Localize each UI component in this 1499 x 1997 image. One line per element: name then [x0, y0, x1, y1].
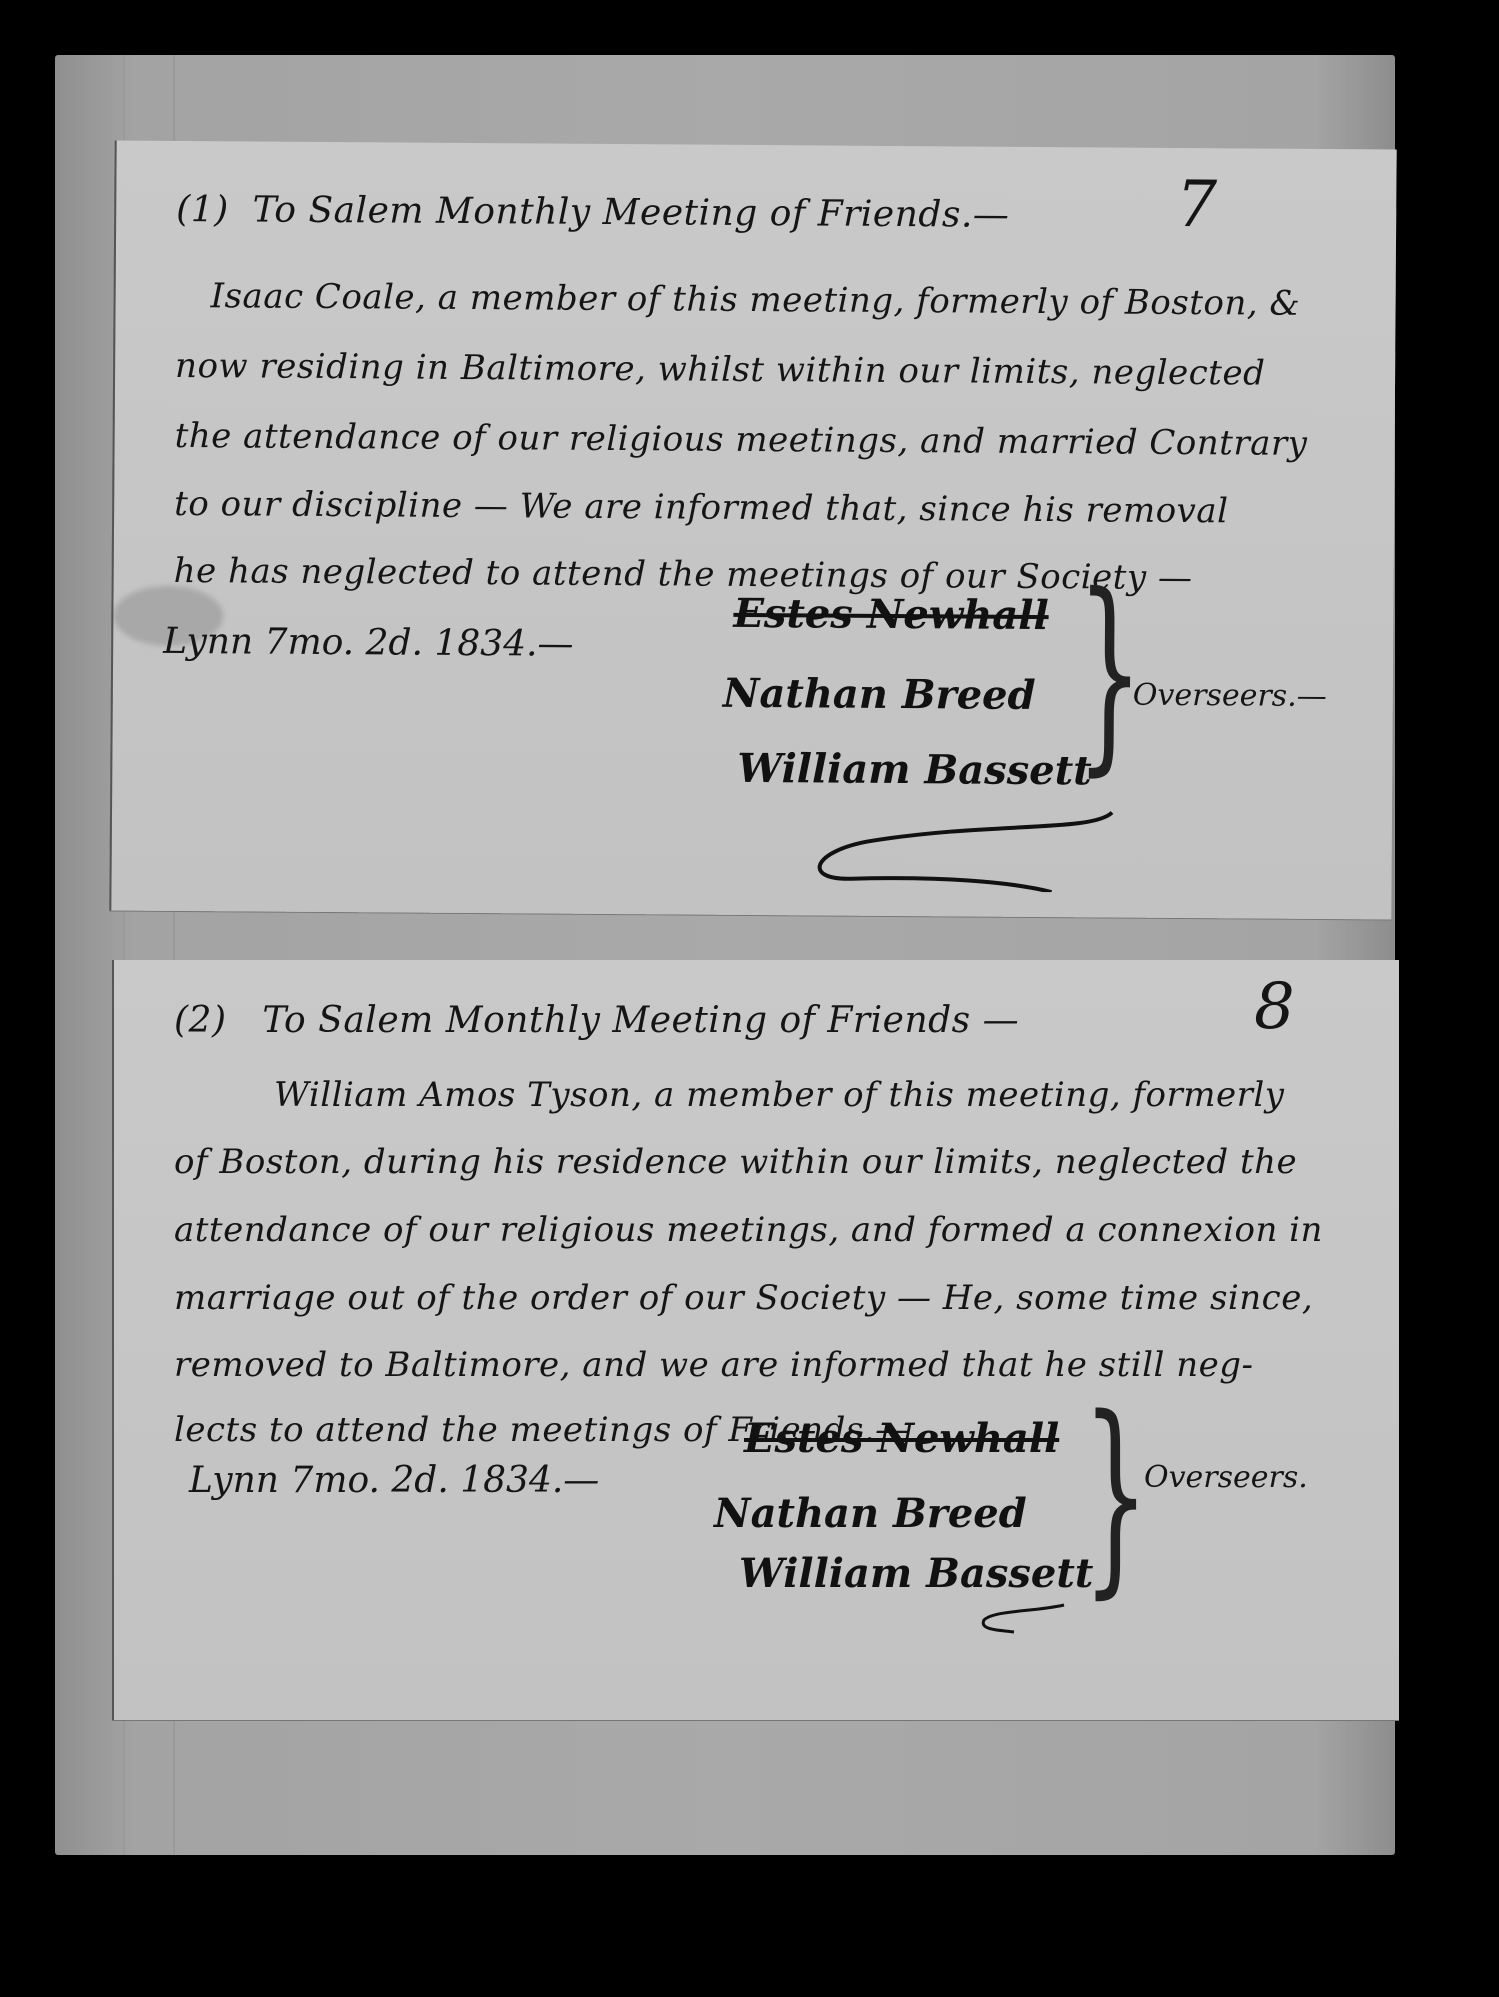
note-number: (2)	[174, 1000, 227, 1041]
folio-number: 8	[1254, 970, 1295, 1044]
body-line: William Amos Tyson, a member of this mee…	[274, 1075, 1359, 1115]
note-2-heading: (2) To Salem Monthly Meeting of Friends …	[174, 1000, 1359, 1041]
body-line: Isaac Coale, a member of this meeting, f…	[210, 276, 1355, 324]
note-1: (1) To Salem Monthly Meeting of Friends.…	[109, 141, 1396, 920]
signature: Estes Newhall	[733, 590, 1049, 639]
role-label: Overseers.—	[1133, 678, 1327, 714]
brace-glyph: }	[1082, 1390, 1149, 1600]
signature: William Bassett	[737, 745, 1092, 794]
date-line: Lynn 7mo. 2d. 1834.—	[163, 621, 574, 665]
date-line: Lynn 7mo. 2d. 1834.—	[189, 1460, 599, 1501]
brace-glyph: }	[1076, 567, 1144, 777]
signature: Nathan Breed	[714, 1490, 1027, 1537]
note-number: (1)	[176, 189, 229, 230]
signature: Nathan Breed	[723, 670, 1036, 719]
role-label: Overseers.	[1144, 1460, 1308, 1495]
flourish-icon	[974, 1600, 1074, 1640]
body-line: of Boston, during his residence within o…	[174, 1142, 1359, 1182]
note-2: (2) To Salem Monthly Meeting of Friends …	[112, 960, 1399, 1720]
body-line: marriage out of the order of our Society…	[174, 1278, 1359, 1318]
body-line: removed to Baltimore, and we are informe…	[174, 1345, 1359, 1385]
signature: Estes Newhall	[744, 1415, 1059, 1462]
folio-number: 7	[1176, 168, 1217, 242]
body-line: attendance of our religious meetings, an…	[174, 1210, 1359, 1250]
body-line: now residing in Baltimore, whilst within…	[175, 346, 1355, 394]
note-heading-text: To Salem Monthly Meeting of Friends.—	[252, 189, 1009, 235]
body-line: the attendance of our religious meetings…	[175, 416, 1355, 464]
note-heading-text: To Salem Monthly Meeting of Friends —	[262, 1000, 1019, 1041]
signature: William Bassett	[739, 1550, 1093, 1597]
body-line: to our discipline — We are informed that…	[174, 484, 1354, 532]
flourish-icon	[791, 800, 1122, 892]
